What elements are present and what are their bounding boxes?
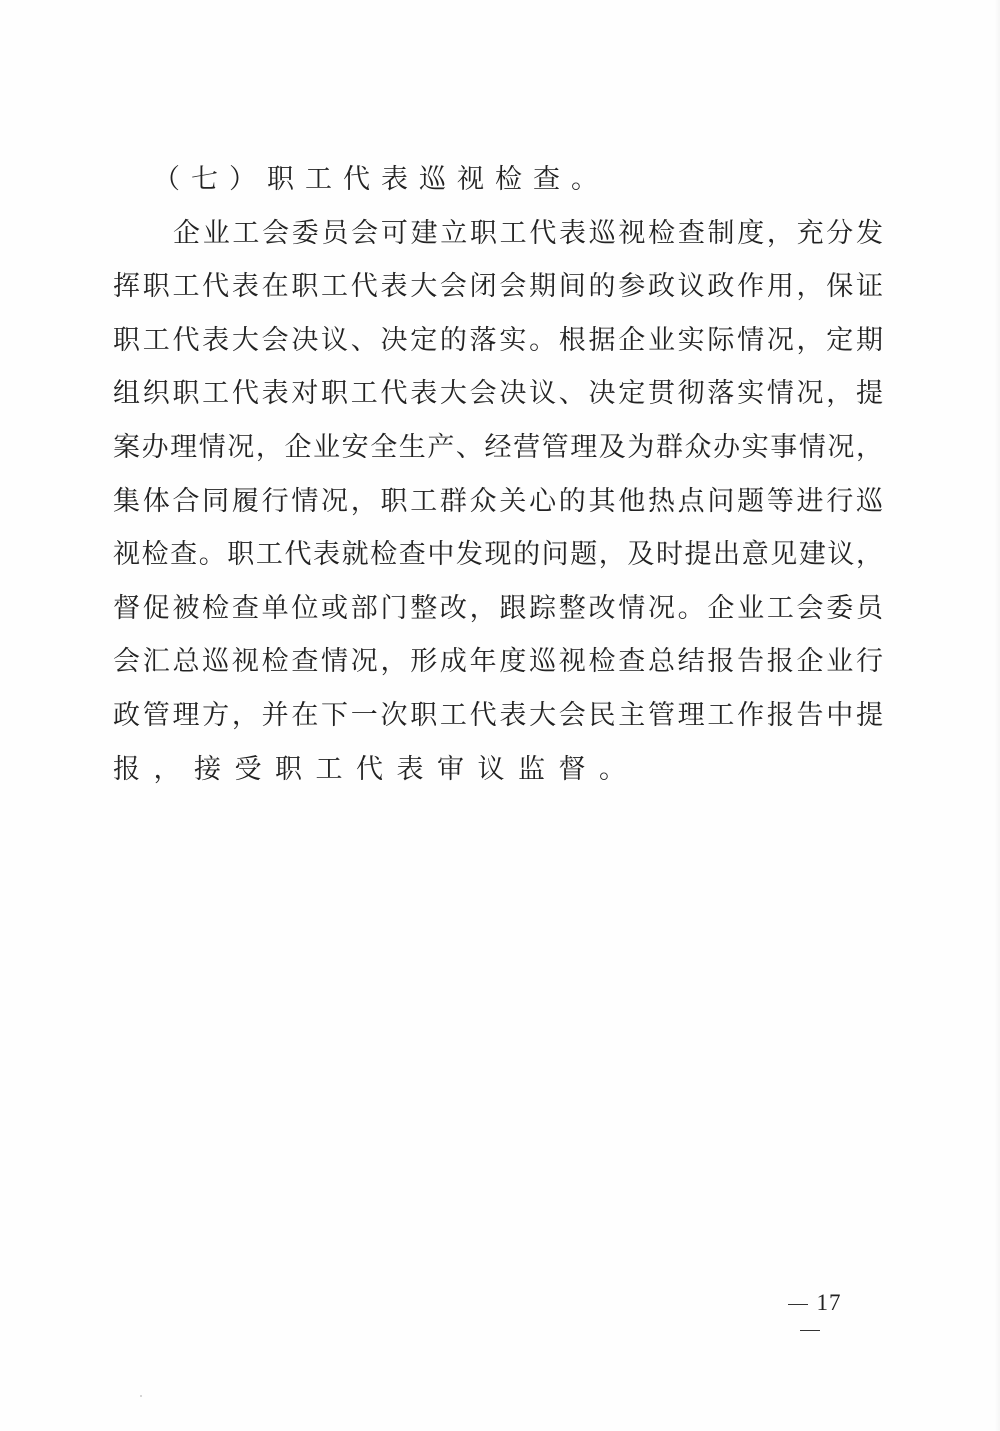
paragraph-line: 企业工会委员会可建立职工代表巡视检查制度，充分发 [113, 207, 883, 261]
paragraph-line: 案办理情况，企业安全生产、经营管理及为群众办实事情况， [113, 421, 883, 475]
page-number: 17 [817, 1290, 842, 1315]
scan-edge-shadow [994, 0, 1000, 1431]
paragraph-line: 督促被检查单位或部门整改，跟踪整改情况。企业工会委员 [113, 582, 883, 636]
page-number-dash-right [800, 1330, 820, 1332]
paragraph-line: 会汇总巡视检查情况，形成年度巡视检查总结报告报企业行 [113, 635, 883, 689]
paragraph-line: 视检查。职工代表就检查中发现的问题，及时提出意见建议， [113, 528, 883, 582]
paragraph-line: 挥职工代表在职工代表大会闭会期间的参政议政作用，保证 [113, 260, 883, 314]
section-heading: （七）职工代表巡视检查。 [113, 153, 883, 207]
document-body: （七）职工代表巡视检查。 企业工会委员会可建立职工代表巡视检查制度，充分发 挥职… [113, 153, 883, 796]
document-page: （七）职工代表巡视检查。 企业工会委员会可建立职工代表巡视检查制度，充分发 挥职… [0, 0, 1000, 1431]
paragraph-line: 政管理方，并在下一次职工代表大会民主管理工作报告中提 [113, 689, 883, 743]
paragraph-line: 职工代表大会决议、决定的落实。根据企业实际情况，定期 [113, 314, 883, 368]
page-number-footer: 17 [760, 1290, 860, 1342]
page-number-dash-left [788, 1304, 808, 1306]
paragraph-line-last: 报，接受职工代表审议监督。 [113, 743, 883, 797]
scan-speck [140, 1395, 142, 1397]
paragraph-line: 组织职工代表对职工代表大会决议、决定贯彻落实情况，提 [113, 367, 883, 421]
paragraph-line: 集体合同履行情况，职工群众关心的其他热点问题等进行巡 [113, 475, 883, 529]
